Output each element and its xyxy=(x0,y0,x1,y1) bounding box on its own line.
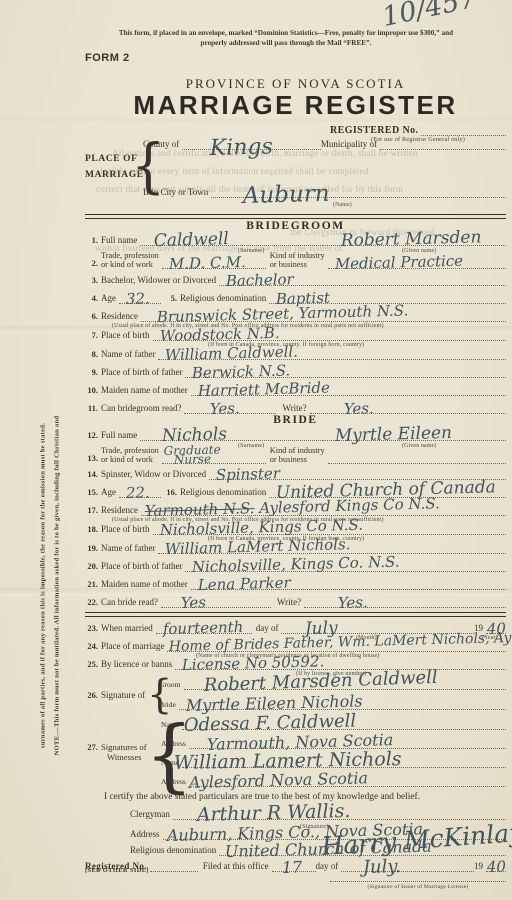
issuer-signature-caption: (Signature of Issuer of Marriage License… xyxy=(330,884,506,890)
residence-value: Yarmouth N.S. Aylesford Kings Co N.S. xyxy=(145,497,440,518)
margin-note-line1: NOTE.—This form must not be mutilated. A… xyxy=(54,324,61,848)
can-read-value: Yes xyxy=(181,596,207,610)
birthplace-value: Nicholsville, Kings Co N.S. xyxy=(159,519,363,537)
county-label: County of xyxy=(143,139,182,150)
place-of-marriage-label-line1: PLACE OF xyxy=(85,154,138,164)
day-of-label: day of xyxy=(252,623,282,634)
birthplace-label: Place of birth xyxy=(101,524,153,535)
row-number: 17. xyxy=(85,505,98,516)
birthplace-field: Nicholsville, Kings Co N.S. xyxy=(153,521,507,535)
row-number: 21. xyxy=(85,579,98,590)
age-label: Age xyxy=(101,293,119,304)
father-name-value: William Caldwell. xyxy=(165,346,298,362)
can-write-field: Yes. xyxy=(304,594,506,608)
registered-no-field xyxy=(150,858,198,872)
place-of-marriage-block: PLACE OF MARRIAGE { County of Kings Muni… xyxy=(85,132,506,216)
licence-label: By licence or banns xyxy=(101,659,175,670)
residence-label: Residence xyxy=(101,505,141,516)
filed-day-field: 17 xyxy=(272,858,316,872)
filed-year: 40 xyxy=(487,861,506,874)
mother-name-value: Lena Parker xyxy=(197,577,290,592)
city-town-field: Auburn xyxy=(211,184,506,198)
witness1-name-row: Name Odessa F. Caldwell xyxy=(161,716,506,730)
bride-mother-row: 21. Maiden name of mother Lena Parker xyxy=(85,576,506,590)
city-town-row: If in City or Town Auburn xyxy=(143,184,506,198)
year-prefix: 19 xyxy=(474,861,486,872)
surname-field: Nichols xyxy=(140,427,323,441)
bride-age-religion-row: 15. Age 22. 16. Religious denomination U… xyxy=(85,484,506,498)
bride-trade-row: 13. Trade, professionor kind of work Gra… xyxy=(85,447,506,464)
trade-value: GraduateNurse xyxy=(163,446,220,465)
issuer-signature-line xyxy=(330,880,506,882)
birthplace-label: Place of birth xyxy=(101,330,153,341)
row-number: 1. xyxy=(85,235,98,246)
row-number: 4. xyxy=(85,293,98,304)
marriage-register-document: All notices and certificates, either for… xyxy=(0,0,512,900)
bride-full-name-row: 12. Full name Nichols Myrtle Eileen xyxy=(85,427,506,441)
row-number: 11. xyxy=(85,403,98,414)
age-field: 32. xyxy=(119,290,161,304)
row-number: 8. xyxy=(85,349,98,360)
status-value: Bachelor xyxy=(226,273,294,288)
witness-name-label: Name xyxy=(161,720,182,730)
father-birthplace-label: Place of birth of father xyxy=(101,561,185,572)
residence-value: Brunswick Street, Yarmouth N.S. xyxy=(157,304,409,324)
age-field: 22. xyxy=(119,484,161,498)
filed-month-field: July. xyxy=(341,858,474,872)
industry-label: Kind of industryor business xyxy=(266,252,328,269)
city-town-label: If in City or Town xyxy=(143,187,211,198)
see-other-side-note: [SEE OTHER SIDE] xyxy=(85,867,149,874)
status-field: Bachelor xyxy=(219,272,506,286)
day-of-label: day of xyxy=(316,861,342,872)
row-number: 22. xyxy=(85,597,98,608)
row-number: 6. xyxy=(85,311,98,322)
row-number: 7. xyxy=(85,330,98,341)
when-married-label: When married xyxy=(101,623,156,634)
licence-value: License No 50592. xyxy=(182,655,325,672)
witness1-address-row: Address Yarmouth, Nova Scotia xyxy=(161,735,506,749)
father-birthplace-value: Nicholsville, Kings Co. N.S. xyxy=(192,556,400,574)
father-name-label: Name of father xyxy=(101,349,158,360)
full-name-label: Full name xyxy=(101,430,140,441)
city-town-value: Auburn xyxy=(243,188,330,203)
can-write-label: Write? xyxy=(271,597,304,608)
groom-label: Groom xyxy=(159,680,184,690)
groom-trade-row: 2. Trade, professionor kind of work M.D.… xyxy=(85,252,506,269)
county-field: Kings xyxy=(182,136,321,150)
bride-father-birthplace-row: 20. Place of birth of father Nicholsvill… xyxy=(85,558,506,572)
can-write-field: Yes. xyxy=(310,400,506,414)
filed-label: Filed at this office xyxy=(198,861,272,872)
bride-signature-field: Myrtle Eileen Nichols xyxy=(179,696,506,710)
groom-residence-row: 6. Residence Brunswick Street, Yarmouth … xyxy=(85,308,506,322)
mother-name-label: Maiden name of mother xyxy=(101,385,191,396)
groom-signature: Robert Marsden Caldwell xyxy=(203,671,437,692)
age-label: Age xyxy=(101,487,119,498)
filed-year-field: 40 xyxy=(486,858,506,872)
row-number: 20. xyxy=(85,561,98,572)
margin-note-line2: surnames of all parties, and if for any … xyxy=(40,324,47,848)
mother-name-label: Maiden name of mother xyxy=(101,579,191,590)
industry-label: Kind of industryor business xyxy=(266,447,328,464)
status-label: Bachelor, Widower or Divorced xyxy=(101,275,219,286)
row-number: 14. xyxy=(85,469,98,480)
row-number: 3. xyxy=(85,275,98,286)
full-name-label: Full name xyxy=(101,235,140,246)
form-number: FORM 2 xyxy=(85,52,130,64)
father-name-field: William Caldwell. xyxy=(158,346,506,360)
row-number: 23. xyxy=(85,623,98,634)
age-value: 32. xyxy=(126,292,150,306)
row-number: 26. xyxy=(83,690,98,701)
groom-literacy-row: 11. Can bridegroom read? Yes. Write? Yes… xyxy=(85,400,506,414)
row-number: 24. xyxy=(85,641,98,652)
residence-field: Yarmouth N.S. Aylesford Kings Co N.S. xyxy=(141,502,506,516)
groom-full-name-row: 1. Full name Caldwell Robert Marsden xyxy=(85,232,506,246)
page-title: MARRIAGE REGISTER xyxy=(85,90,506,121)
given-name-field: Myrtle Eileen xyxy=(323,427,506,441)
witness-address-label: Address xyxy=(161,777,189,787)
religion-label: Religious denomination xyxy=(180,487,269,498)
can-write-value: Yes. xyxy=(338,596,368,610)
witness2-address: Aylesford Nova Scotia xyxy=(189,771,368,789)
mail-instruction-line2: properly addressed will pass through the… xyxy=(88,38,484,48)
trade-label: Trade, professionor kind of work xyxy=(101,252,162,269)
surname-value: Caldwell xyxy=(154,233,229,248)
row-number: 2. xyxy=(85,258,98,269)
row-number: 18. xyxy=(85,524,98,535)
clergyman-signature: Arthur R Wallis. xyxy=(196,805,350,822)
place-of-marriage-field: Home of Brides Father, Wm. LaMert Nichol… xyxy=(167,638,506,652)
row-number: 13. xyxy=(85,453,98,464)
witness1-name: Odessa F. Caldwell xyxy=(184,714,357,732)
section-divider xyxy=(85,612,506,617)
religion-label: Religious denomination xyxy=(180,293,269,304)
witnesses-label-line1: Signatures of xyxy=(101,742,147,752)
witness2-name: William Lamert Nichols xyxy=(174,753,402,770)
status-label: Spinster, Widow or Divorced xyxy=(101,469,209,480)
mother-name-value: Harriett McBride xyxy=(197,382,329,398)
issuer-signature: Harry McKinlay xyxy=(321,826,512,853)
can-read-field: Yes xyxy=(161,594,271,608)
filed-day: 17 xyxy=(281,860,302,874)
issuer-signature-wrap: Harry McKinlay xyxy=(322,840,512,860)
trade-field: GraduateNurse xyxy=(162,450,266,464)
row-number: 16. xyxy=(161,487,177,498)
groom-mother-row: 10. Maiden name of mother Harriett McBri… xyxy=(85,382,506,396)
row-number: 19. xyxy=(85,543,98,554)
industry-value: Medical Practice xyxy=(334,255,463,271)
given-name-value: Myrtle Eileen xyxy=(335,427,453,443)
industry-field xyxy=(328,450,506,464)
witness2-name-field: William Lamert Nichols xyxy=(182,754,506,768)
mother-name-field: Harriett McBride xyxy=(191,382,506,396)
father-birthplace-field: Nicholsville, Kings Co. N.S. xyxy=(185,558,506,572)
father-name-field: William LaMert Nichols. xyxy=(158,540,506,554)
county-value: Kings xyxy=(210,140,273,155)
county-row: County of Kings Municipality of xyxy=(143,136,506,150)
mail-instruction-line1: This form, if placed in an envelope, mar… xyxy=(88,28,484,38)
clergyman-address-label: Address xyxy=(130,829,163,840)
witnesses-label-line2: Witnesses xyxy=(107,752,142,762)
clergyman-label: Clergyman xyxy=(130,809,173,820)
groom-signature-row: Groom Robert Marsden Caldwell xyxy=(159,676,506,690)
mother-name-field: Lena Parker xyxy=(191,576,506,590)
groom-father-row: 8. Name of father William Caldwell. xyxy=(85,346,506,360)
trade-label: Trade, professionor kind of work xyxy=(101,447,162,464)
father-birthplace-label: Place of birth of father xyxy=(101,367,185,378)
can-read-field: Yes. xyxy=(184,400,276,414)
row-number: 9. xyxy=(85,367,98,378)
industry-field: Medical Practice xyxy=(328,255,506,269)
section-divider xyxy=(85,214,506,219)
signature-of-label: Signature of xyxy=(101,690,145,700)
bride-literacy-row: 22. Can bride read? Yes Write? Yes. xyxy=(85,594,506,608)
denomination-label: Religious denomination xyxy=(130,845,219,856)
witness1-name-field: Odessa F. Caldwell xyxy=(182,716,506,730)
surname-value: Nichols xyxy=(162,428,228,443)
can-read-label: Can bridegroom read? xyxy=(101,403,184,414)
licence-row: 25. By licence or banns License No 50592… xyxy=(85,656,506,670)
row-number: 10. xyxy=(85,385,98,396)
municipality-field xyxy=(380,136,506,150)
age-value: 22. xyxy=(126,486,150,500)
can-write-label: Write? xyxy=(276,403,309,414)
bride-father-row: 19. Name of father William LaMert Nichol… xyxy=(85,540,506,554)
groom-status-row: 3. Bachelor, Widower or Divorced Bachelo… xyxy=(85,272,506,286)
witness2-address-field: Aylesford Nova Scotia xyxy=(189,773,506,787)
clergyman-row: Clergyman Arthur R Wallis. xyxy=(130,806,506,820)
can-read-label: Can bride read? xyxy=(101,597,161,608)
trade-field: M.D. C.M. xyxy=(162,255,266,269)
residence-label: Residence xyxy=(101,311,141,322)
name-caption: (Name) xyxy=(333,202,352,208)
bride-residence-row: 17. Residence Yarmouth N.S. Aylesford Ki… xyxy=(85,502,506,516)
witness-signatures-block: 27. Signatures of Witnesses { Name Odess… xyxy=(85,716,506,794)
row-number: 27. xyxy=(83,742,98,753)
surname-field: Caldwell xyxy=(140,232,323,246)
given-name-field: Robert Marsden xyxy=(323,232,506,246)
clergyman-signature-field: Arthur R Wallis. xyxy=(173,806,506,820)
father-name-value: William LaMert Nichols. xyxy=(165,538,351,556)
bride-signature-row: Bride Myrtle Eileen Nichols xyxy=(159,696,506,710)
groom-age-religion-row: 4. Age 32. 5. Religious denomination Bap… xyxy=(85,290,506,304)
place-of-marriage-label: Place of marriage xyxy=(101,641,167,652)
groom-father-birthplace-row: 9. Place of birth of father Berwick N.S. xyxy=(85,364,506,378)
bride-birthplace-row: 18. Place of birth Nicholsville, Kings C… xyxy=(85,521,506,535)
status-value: Spinster xyxy=(216,467,280,482)
witness2-name-row: Name William Lamert Nichols xyxy=(161,754,506,768)
row-number: 15. xyxy=(85,487,98,498)
witness1-address-field: Yarmouth, Nova Scotia xyxy=(189,735,506,749)
filed-month: July. xyxy=(363,860,401,874)
married-day-word-field: fourteenth xyxy=(156,620,252,634)
witness2-address-row: Address Aylesford Nova Scotia xyxy=(161,773,506,787)
place-of-marriage-row: 24. Place of marriage Home of Brides Fat… xyxy=(85,638,506,652)
groom-birthplace-row: 7. Place of birth Woodstock N.B. xyxy=(85,327,506,341)
married-day-word: fourteenth xyxy=(162,621,243,636)
licence-field: License No 50592. xyxy=(175,656,506,670)
given-name-value: Robert Marsden xyxy=(341,231,482,248)
witness-address-label: Address xyxy=(161,739,189,749)
municipality-label: Municipality of xyxy=(321,139,380,150)
row-number: 25. xyxy=(85,659,98,670)
father-birthplace-field: Berwick N.S. xyxy=(185,364,506,378)
row-number: 5. xyxy=(161,293,177,304)
father-birthplace-value: Berwick N.S. xyxy=(192,364,291,380)
row-number: 12. xyxy=(85,430,98,441)
birthplace-value: Woodstock N.B. xyxy=(159,327,279,343)
groom-signature-field: Robert Marsden Caldwell xyxy=(184,676,506,690)
trade-value: M.D. C.M. xyxy=(168,256,245,271)
birthplace-field: Woodstock N.B. xyxy=(153,327,507,341)
residence-field: Brunswick Street, Yarmouth N.S. xyxy=(141,308,506,322)
bride-signature: Myrtle Eileen Nichols xyxy=(186,694,363,712)
father-name-label: Name of father xyxy=(101,543,158,554)
